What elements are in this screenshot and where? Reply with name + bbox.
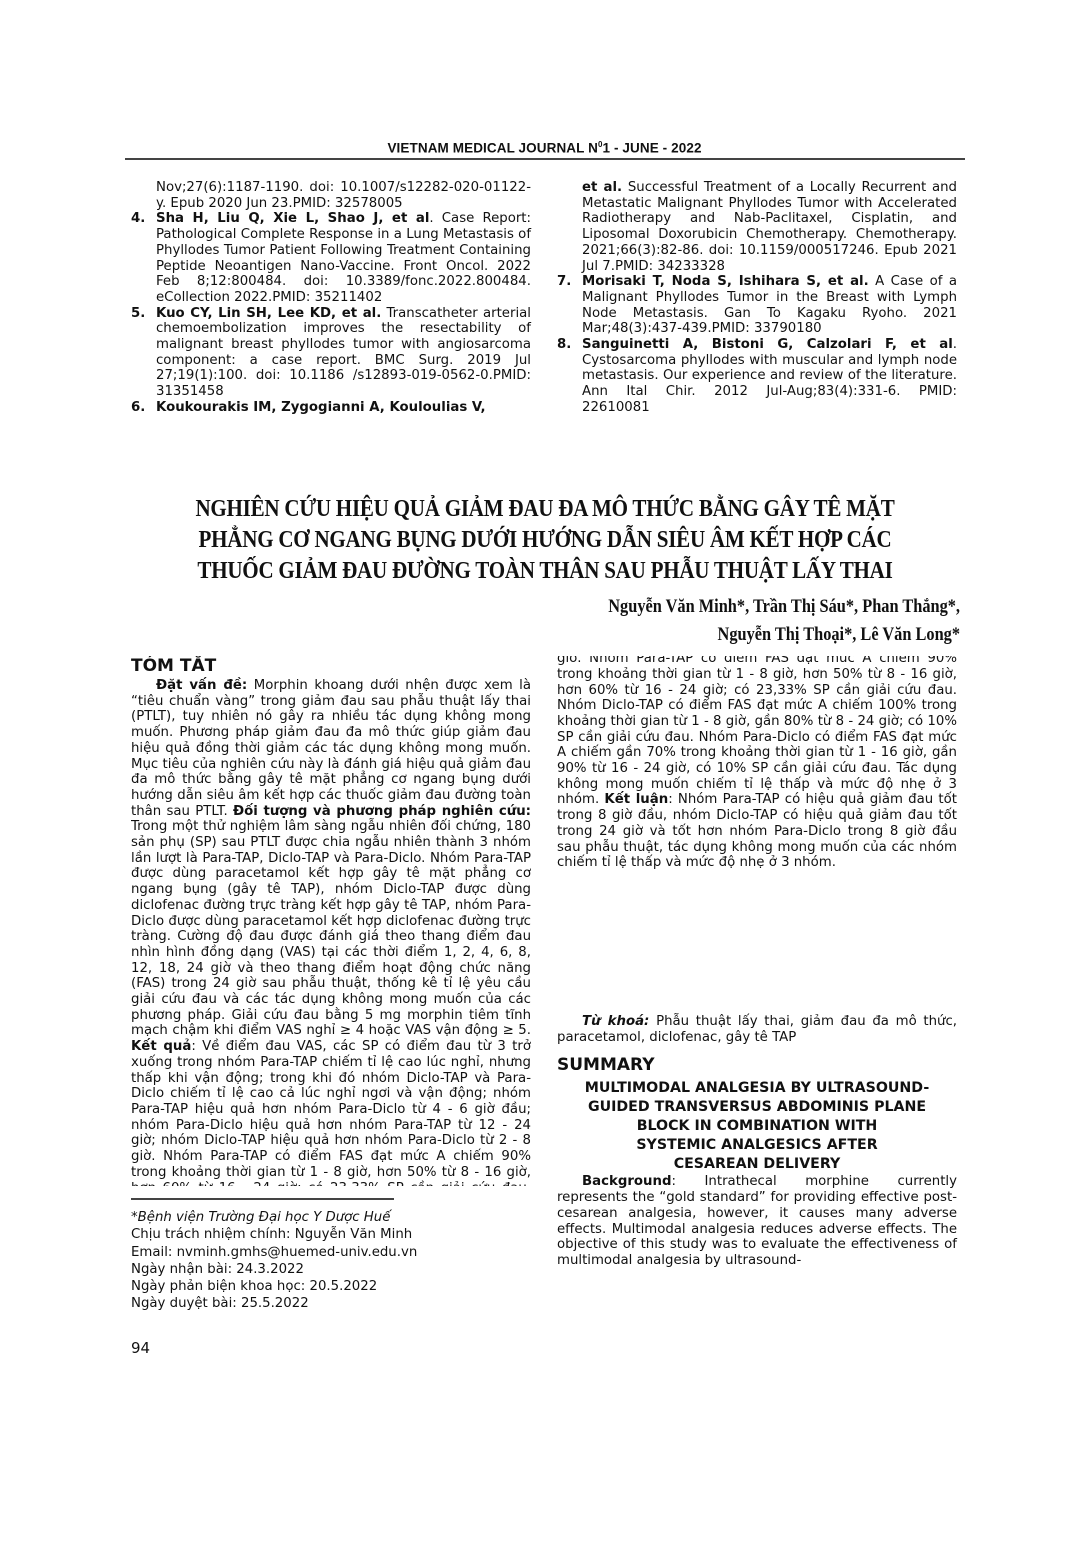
reference-authors: Sha H, Liu Q, Xie L, Shao J, et al bbox=[156, 211, 429, 226]
journal-page: VIETNAM MEDICAL JOURNAL N01 - JUNE - 202… bbox=[0, 0, 1090, 1541]
background-text: Morphin khoang dưới nhện được xem là “ti… bbox=[131, 678, 531, 819]
title-line: NGHIÊN CỨU HIỆU QUẢ GIẢM ĐAU ĐA MÔ THỨC … bbox=[188, 493, 902, 524]
reference-number: 8. bbox=[557, 337, 571, 353]
issue-date: 1 - JUNE - 2022 bbox=[603, 141, 702, 156]
keywords: Từ khoá: Phẫu thuật lấy thai, giảm đau đ… bbox=[557, 1014, 957, 1045]
date-received: Ngày nhận bài: 24.3.2022 bbox=[131, 1261, 417, 1278]
methods-label: Đối tượng và phương pháp nghiên cứu: bbox=[233, 804, 531, 819]
references-right: et al. Successful Treatment of a Locally… bbox=[557, 180, 957, 416]
summary-background: Background: Intrathecal morphine current… bbox=[557, 1174, 957, 1268]
reference-authors: Sanguinetti A, Bistoni G, Calzolari F, e… bbox=[582, 337, 953, 352]
running-header: VIETNAM MEDICAL JOURNAL N01 - JUNE - 202… bbox=[127, 140, 962, 156]
reference-text: Successful Treatment of a Locally Recurr… bbox=[582, 180, 957, 274]
reference-number: 4. bbox=[131, 211, 145, 227]
summary-title-line: GUIDED TRANSVERSUS ABDOMINIS PLANE bbox=[557, 1098, 957, 1117]
reference-continuation: et al. Successful Treatment of a Locally… bbox=[557, 180, 957, 274]
reference-item: 6.Koukourakis IM, Zygogianni A, Koulouli… bbox=[131, 400, 531, 416]
references-left: Nov;27(6):1187-1190. doi: 10.1007/s12282… bbox=[131, 180, 531, 416]
journal-name: VIETNAM MEDICAL JOURNAL N bbox=[387, 141, 598, 156]
corresponding-author: Chịu trách nhiệm chính: Nguyễn Văn Minh bbox=[131, 1226, 417, 1243]
author-line: Nguyễn Văn Minh*, Trần Thị Sáu*, Phan Th… bbox=[608, 593, 960, 621]
keywords-label: Từ khoá: bbox=[582, 1014, 649, 1029]
reference-item: 5.Kuo CY, Lin SH, Lee KD, et al. Transca… bbox=[131, 306, 531, 400]
reference-authors: et al. bbox=[582, 180, 622, 195]
reference-number: 5. bbox=[131, 306, 145, 322]
conclusion-label: Kết luận bbox=[604, 792, 668, 807]
abstract-vi-left: TÓM TẮT Đặt vấn đề: Morphin khoang dưới … bbox=[131, 656, 531, 1186]
footnotes: *Bệnh viện Trường Đại học Y Dược Huế Chị… bbox=[131, 1209, 417, 1313]
affiliation: *Bệnh viện Trường Đại học Y Dược Huế bbox=[131, 1209, 417, 1226]
reference-item: 8.Sanguinetti A, Bistoni G, Calzolari F,… bbox=[557, 337, 957, 416]
results-label: Kết quả bbox=[131, 1039, 191, 1054]
abstract-vi-body-continued: Đặt vấn đề: Morphin khoang dưới nhện đượ… bbox=[557, 656, 957, 871]
reference-number: 7. bbox=[557, 274, 571, 290]
date-reviewed: Ngày phản biện khoa học: 20.5.2022 bbox=[131, 1278, 417, 1295]
methods-text: Trong một thử nghiệm lâm sàng ngẫu nhiên… bbox=[131, 819, 531, 1038]
reference-continuation: Nov;27(6):1187-1190. doi: 10.1007/s12282… bbox=[131, 180, 531, 211]
background-label: Đặt vấn đề: bbox=[156, 678, 247, 693]
title-line: PHẲNG CƠ NGANG BỤNG DƯỚI HƯỚNG DẪN SIÊU … bbox=[188, 524, 902, 555]
abstract-vi-body: Đặt vấn đề: Morphin khoang dưới nhện đượ… bbox=[131, 678, 531, 1186]
article-title: NGHIÊN CỨU HIỆU QUẢ GIẢM ĐAU ĐA MÔ THỨC … bbox=[188, 493, 902, 586]
summary-background-label: Background bbox=[582, 1174, 672, 1189]
results-text: : Về điểm đau VAS, các SP có điểm đau từ… bbox=[131, 1039, 531, 1186]
email: Email: nvminh.gmhs@huemed-univ.edu.vn bbox=[131, 1244, 417, 1261]
abstract-heading: TÓM TẮT bbox=[131, 656, 531, 676]
summary-title-line: MULTIMODAL ANALGESIA BY ULTRASOUND- bbox=[557, 1079, 957, 1098]
summary-title: MULTIMODAL ANALGESIA BY ULTRASOUND- GUID… bbox=[557, 1079, 957, 1174]
date-accepted: Ngày duyệt bài: 25.5.2022 bbox=[131, 1295, 417, 1312]
summary-title-line: SYSTEMIC ANALGESICS AFTER bbox=[557, 1136, 957, 1155]
reference-item: 4.Sha H, Liu Q, Xie L, Shao J, et al. Ca… bbox=[131, 211, 531, 305]
page-number: 94 bbox=[131, 1339, 150, 1357]
author-line: Nguyễn Thị Thoại*, Lê Văn Long* bbox=[608, 621, 960, 649]
title-line: THUỐC GIẢM ĐAU ĐƯỜNG TOÀN THÂN SAU PHẪU … bbox=[188, 555, 902, 586]
article-authors: Nguyễn Văn Minh*, Trần Thị Sáu*, Phan Th… bbox=[608, 593, 960, 649]
reference-item: 7.Morisaki T, Noda S, Ishihara S, et al.… bbox=[557, 274, 957, 337]
header-rule bbox=[125, 158, 965, 160]
results-text: : Về điểm đau VAS, các SP có điểm đau từ… bbox=[557, 656, 957, 807]
summary-heading: SUMMARY bbox=[557, 1055, 957, 1075]
summary-title-line: CESAREAN DELIVERY bbox=[557, 1155, 957, 1174]
reference-authors: Morisaki T, Noda S, Ishihara S, et al. bbox=[582, 274, 869, 289]
reference-authors: Kuo CY, Lin SH, Lee KD, et al. bbox=[156, 306, 381, 321]
keywords-and-summary: Từ khoá: Phẫu thuật lấy thai, giảm đau đ… bbox=[557, 1014, 957, 1269]
reference-number: 6. bbox=[131, 400, 145, 416]
footnote-rule bbox=[131, 1198, 394, 1200]
reference-authors: Koukourakis IM, Zygogianni A, Kouloulias… bbox=[156, 400, 486, 415]
summary-title-line: BLOCK IN COMBINATION WITH bbox=[557, 1117, 957, 1136]
